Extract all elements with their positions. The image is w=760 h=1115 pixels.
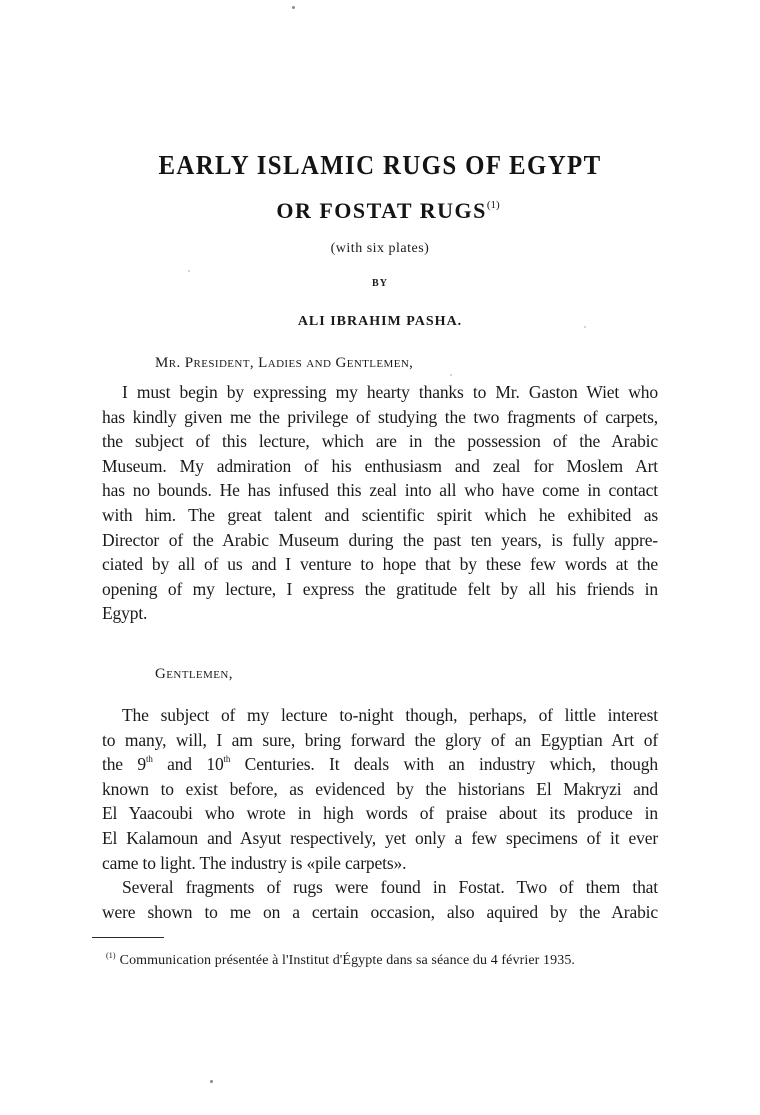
century-digit: 9 xyxy=(137,754,146,774)
salutation-2: Gentlemen, xyxy=(155,666,233,683)
ordinal-suffix: th xyxy=(224,754,231,764)
author-name: ALI IBRAHIM PASHA. xyxy=(0,314,760,330)
text-line: El Kalamoun and Asyut respectively, yet … xyxy=(102,826,658,851)
text-line: ciated by all of us and I venture to hop… xyxy=(102,552,658,577)
century-digit: 10 xyxy=(206,754,223,774)
footnote-text: Communication présentée à l'Institut d'É… xyxy=(120,953,575,968)
text-line: known to exist before, as evidenced by t… xyxy=(102,777,658,802)
scan-speck-top xyxy=(292,6,295,9)
text-line-centuries: the 9th and 10th Centuries. It deals wit… xyxy=(102,752,658,777)
by-label: BY xyxy=(0,278,760,289)
text-line: came to light. The industry is «pile car… xyxy=(102,851,658,876)
text-line: The subject of my lecture to-night thoug… xyxy=(102,703,658,728)
footnote-divider xyxy=(92,937,164,938)
plates-note: (with six plates) xyxy=(0,241,760,257)
text-fragment: and xyxy=(167,754,192,774)
paragraph-1: I must begin by expressing my hearty tha… xyxy=(102,380,658,626)
footnote: (1)Communication présentée à l'Institut … xyxy=(106,951,575,969)
scan-speck-bottom xyxy=(210,1080,213,1083)
text-fragment: the xyxy=(102,754,123,774)
century-number: 9th xyxy=(137,754,152,774)
text-fragment: Centuries. It deals with an industry whi… xyxy=(245,754,658,774)
text-line: Director of the Arabic Museum during the… xyxy=(102,528,658,553)
article-subtitle-heading: OR FOSTAT RUGS(1) xyxy=(8,198,760,224)
text-line: El Yaacoubi who wrote in high words of p… xyxy=(102,801,658,826)
title-footnote-marker[interactable]: (1) xyxy=(487,199,500,211)
text-line: the subject of this lecture, which are i… xyxy=(102,429,658,454)
article-title: EARLY ISLAMIC RUGS OF EGYPT xyxy=(30,150,729,181)
scan-speck xyxy=(450,374,452,376)
salutation-1: Mr. President, Ladies and Gentlemen, xyxy=(155,355,413,372)
article-title-line-2: OR FOSTAT RUGS xyxy=(276,198,486,223)
text-line: with him. The great talent and scientifi… xyxy=(102,503,658,528)
text-line: were shown to me on a certain occasion, … xyxy=(102,900,658,925)
century-number: 10th xyxy=(206,754,230,774)
text-line: opening of my lecture, I express the gra… xyxy=(102,577,658,602)
text-line: I must begin by expressing my hearty tha… xyxy=(102,380,658,405)
text-line: has no bounds. He has infused this zeal … xyxy=(102,478,658,503)
paragraph-3: Several fragments of rugs were found in … xyxy=(102,875,658,924)
text-line: Egypt. xyxy=(102,601,658,626)
footnote-marker: (1) xyxy=(106,951,116,960)
paragraph-2: The subject of my lecture to-night thoug… xyxy=(102,703,658,875)
text-line: to many, will, I am sure, bring forward … xyxy=(102,728,658,753)
text-line: Several fragments of rugs were found in … xyxy=(102,875,658,900)
text-line: Museum. My admiration of his enthusiasm … xyxy=(102,454,658,479)
scan-speck xyxy=(188,270,190,272)
text-line: has kindly given me the privilege of stu… xyxy=(102,405,658,430)
ordinal-suffix: th xyxy=(146,754,153,764)
